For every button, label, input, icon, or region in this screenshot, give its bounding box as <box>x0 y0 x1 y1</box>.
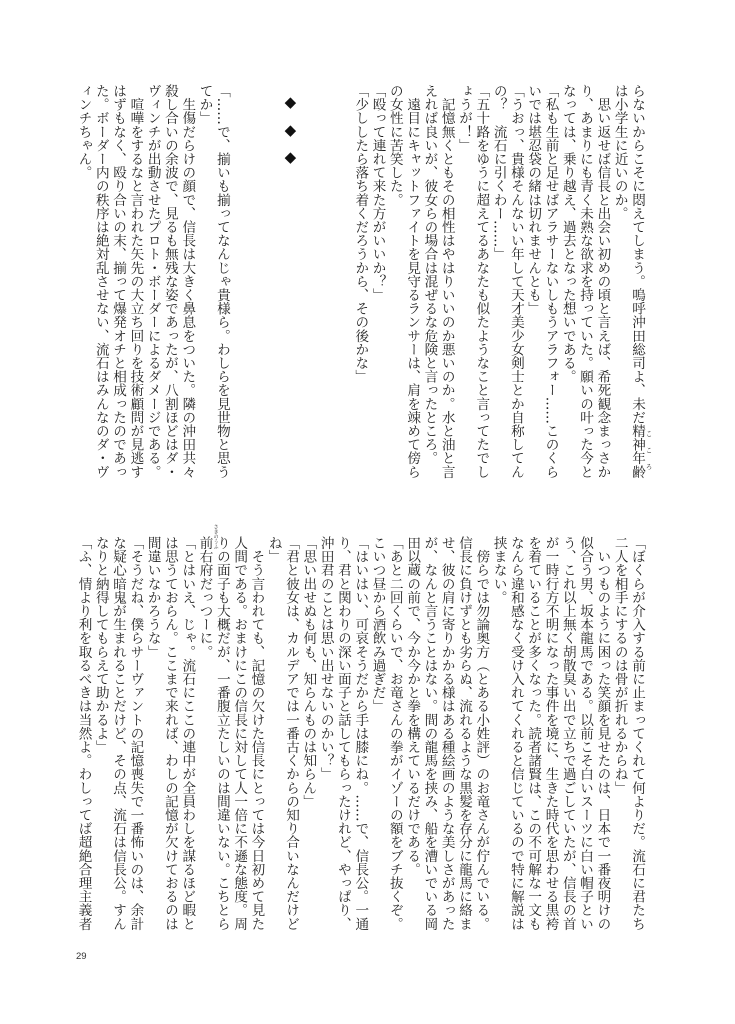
blank-line <box>299 84 316 480</box>
text-line: はずもなく、殴り合いの末、揃って爆発オチと相成ったのであっ <box>109 84 126 480</box>
text-line: せ、彼の肩に寄りかかる様はある種絵画のような美しさがあった <box>437 536 454 932</box>
text-line: う、これ以上無く胡散臭い出で立ちで過ごしていたが、信長の首 <box>559 536 576 932</box>
text-line: 「少ししたら落ち着くだろうから、その後かな」 <box>351 84 368 480</box>
text-line: いつものように困った笑顔を見せたのは、日本で一番夜明けの <box>593 536 610 932</box>
text-line: 思い返せば信長と出会い初めの頃と言えば、希死観念まっさか <box>593 84 610 480</box>
blank-line <box>230 84 247 480</box>
text-line: なりと納得してもらえて助かるよ」 <box>92 536 109 932</box>
text-line: 「ぼくらが介入する前に止まってくれて何よりだ。流石に君たち <box>628 536 645 932</box>
blank-line <box>334 84 351 480</box>
text-line: なっては、乗り越え、過去となった想いである。 <box>559 84 576 480</box>
text-line: 「思い出せぬも何も、知らんものは知らん」 <box>299 536 316 932</box>
ruby-base: 精神年齢 <box>629 424 645 478</box>
text-line: 傍らでは勿論奥方（とある小姓評）のお竜さんが佇んでいる。 <box>472 536 489 932</box>
text-line: 殺し合いの余波で、見るも無残な姿であったが、八割ほどはダ・ <box>161 84 178 480</box>
scene-break-diamond-icon: ◆ <box>282 123 299 137</box>
book-page: らないからこそに悶えてしまう。嗚呼沖田総司よ、未だ精神年齢こころ は小学生に近い… <box>0 0 735 1024</box>
text-line: 似合う男、坂本龍馬である。以前こそ白いスーツに白い帽子とい <box>576 536 593 932</box>
text-line: 生傷だらけの顔で、信長は大きく鼻息をついた。隣の沖田共々 <box>178 84 195 480</box>
scene-break-diamond-icon: ◆ <box>282 95 299 109</box>
text-line: 人間である。おまけにこの信長に対して人一倍に不遜な態度。周 <box>230 536 247 932</box>
bottom-text-block: 「ぼくらが介入する前に止まってくれて何よりだ。流石に君たち 二人を相手にするのは… <box>74 536 645 932</box>
text-line: ょうが！」 <box>455 84 472 480</box>
text-line: 挟まない。 <box>489 536 506 932</box>
text-line: 前右府さきのうふだっつーに。 <box>195 536 212 932</box>
text-line: 沖田君のことは思い出せないのかい？」 <box>316 536 333 932</box>
text-line: てか」 <box>195 84 212 480</box>
ruby-text: こころ <box>644 424 651 478</box>
text-line: 遠目にキャットファイトを見守るランサーは、肩を竦めて傍ら <box>403 84 420 480</box>
text-line: 信長に負けずとも劣らぬ、流れるような黒髪を存分に龍馬に絡ま <box>455 536 472 932</box>
text-line: なんら違和感なく受け入れてくれると信じているので特に解説は <box>507 536 524 932</box>
ruby-text: さきのうふ <box>212 524 219 550</box>
text-line: は小学生に近いのか。 <box>610 84 627 480</box>
blank-line <box>316 84 333 480</box>
text-line: 「私も生前と足せばアラサーないしもうアラフォー……このくら <box>541 84 558 480</box>
line-text: らないからこそに悶えてしまう。嗚呼沖田総司よ、未だ <box>629 84 645 424</box>
text-line: 「五十路をゆうに超えてるあなたも似たようなこと言ってたでし <box>472 84 489 480</box>
text-line: を着ていることが多くなった。読者諸賢は、この不可解な一文も <box>524 536 541 932</box>
text-line: 記憶無くともその相性はやはりいいのか悪いのか。水と油と言 <box>437 84 454 480</box>
blank-line <box>247 84 264 480</box>
text-line: 「君と彼女は、カルデアでは一番古くからの知り合いなんだけど <box>282 536 299 932</box>
text-line: の女性に苦笑した。 <box>386 84 403 480</box>
text-line: が一時行方不明になった事件を境に、生きた時代を思わせる黒袴 <box>541 536 558 932</box>
top-text-block: らないからこそに悶えてしまう。嗚呼沖田総司よ、未だ精神年齢こころ は小学生に近い… <box>74 84 645 480</box>
text-line: 喧嘩をするなと言われた矢先の大立ち回りを技術顧問が見逃す <box>126 84 143 480</box>
text-line: の？ 流石に引くわー……」 <box>489 84 506 480</box>
ruby-base: 前右府 <box>197 536 213 577</box>
text-line: な疑心暗鬼が生まれることだけど、その点、流石は信長公。すん <box>109 536 126 932</box>
page-number: 29 <box>76 951 87 962</box>
text-line: 「……で、揃いも揃ってなんじゃ貴様ら。わしらを見世物と思う <box>213 84 230 480</box>
text-line: 「とはいえ、じゃ。流石にここの連中が全員わしを謀るほど暇と <box>178 536 195 932</box>
line-text: だっつーに。 <box>197 577 213 659</box>
text-line: えれば良いが、彼女らの場合は混ぜるな危険と言ったところ。 <box>420 84 437 480</box>
blank-line <box>264 84 281 480</box>
text-line: は思うておらん。ここまで来れば、わしの記憶が欠けておるのは <box>161 536 178 932</box>
text-line: いでは堪忍袋の緒は切れませんとも」 <box>524 84 541 480</box>
text-line: りの面子も大概だが、一番腹立たしいのは間違いない。こちとら <box>213 536 230 932</box>
text-line: 「はいはい、可哀そうだから手は膝にね。……で、信長公。一通 <box>351 536 368 932</box>
scene-break-diamond-icon: ◆ <box>282 150 299 164</box>
text-line: 二人を相手にするのは骨が折れるからね」 <box>610 536 627 932</box>
text-line: 「あと二回くらいで、お竜さんの拳がイゾーの額をブチ抜くぞ。 <box>386 536 403 932</box>
text-line: そう言われても、記憶の欠けた信長にとっては今日初めて見た <box>247 536 264 932</box>
text-line: た。ボーダー内の秩序は絶対乱させない、流石はみんなのダ・ヴ <box>92 84 109 480</box>
text-line: 「殴って連れて来た方がいいか？」 <box>368 84 385 480</box>
text-line: り、君と関わりの深い面子と話してもらったけれど、やっぱり、 <box>334 536 351 932</box>
text-line: こいつ昼から酒飲み過ぎだ」 <box>368 536 385 932</box>
text-line: ィンチちゃん。 <box>74 84 91 480</box>
text-line: らないからこそに悶えてしまう。嗚呼沖田総司よ、未だ精神年齢こころ <box>628 84 645 480</box>
ruby-annotation: 精神年齢こころ <box>629 424 645 478</box>
text-line: 「ふ、情より利を取るべきは当然よ。わしってば超絶合理主義者 <box>74 536 91 932</box>
text-line: 間違いなかろうな」 <box>143 536 160 932</box>
text-line: 田以蔵の前で、今か今かと拳を構えているだけである。 <box>403 536 420 932</box>
text-line: ヴィンチが出動させたプロト・ボーダーによるダメージである。 <box>143 84 160 480</box>
text-line: 「うおっ、貴様そんないい年して天才美少女剣士とか自称してん <box>507 84 524 480</box>
scene-break: ◆ ◆ ◆ <box>282 84 299 480</box>
text-line: り、あまりにも青く未熟な欲求を持っていた。願いの叶った今と <box>576 84 593 480</box>
text-line: 「そうだね、僕らサーヴァントの記憶喪失で一番怖いのは、余計 <box>126 536 143 932</box>
text-line: ね」 <box>264 536 281 932</box>
text-line: が、なんと言うことはない。間の龍馬を挟み、船を漕いでいる岡 <box>420 536 437 932</box>
ruby-annotation: 前右府さきのうふ <box>197 536 213 577</box>
